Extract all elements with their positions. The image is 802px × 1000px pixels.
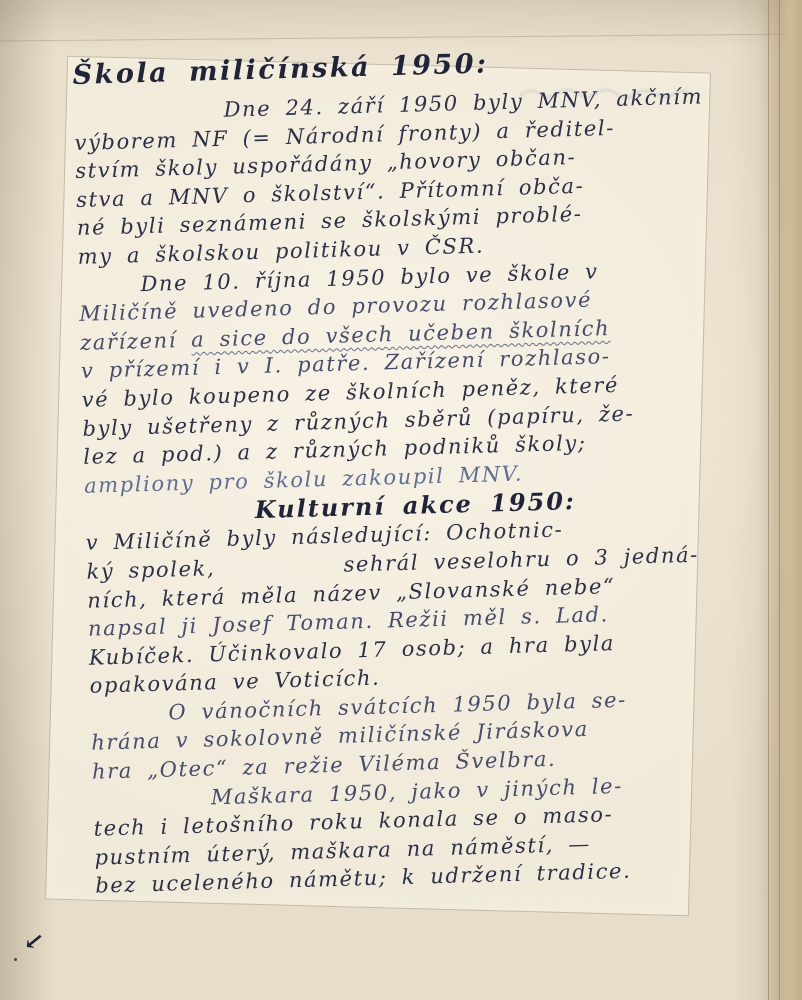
handwritten-text: Škola miličínská 1950: Dne 24. září 1950… (72, 34, 743, 901)
margin-check-mark: ↙ (23, 925, 46, 956)
chronicle-photo: Škola miličínská 1950: Dne 24. září 1950… (0, 0, 802, 1000)
ink-speck (14, 958, 17, 961)
line-prefix: zařízení (80, 328, 192, 355)
page-edge-line (768, 0, 769, 1000)
page-edge-line (779, 0, 780, 1000)
book-page-edge (758, 0, 802, 1000)
